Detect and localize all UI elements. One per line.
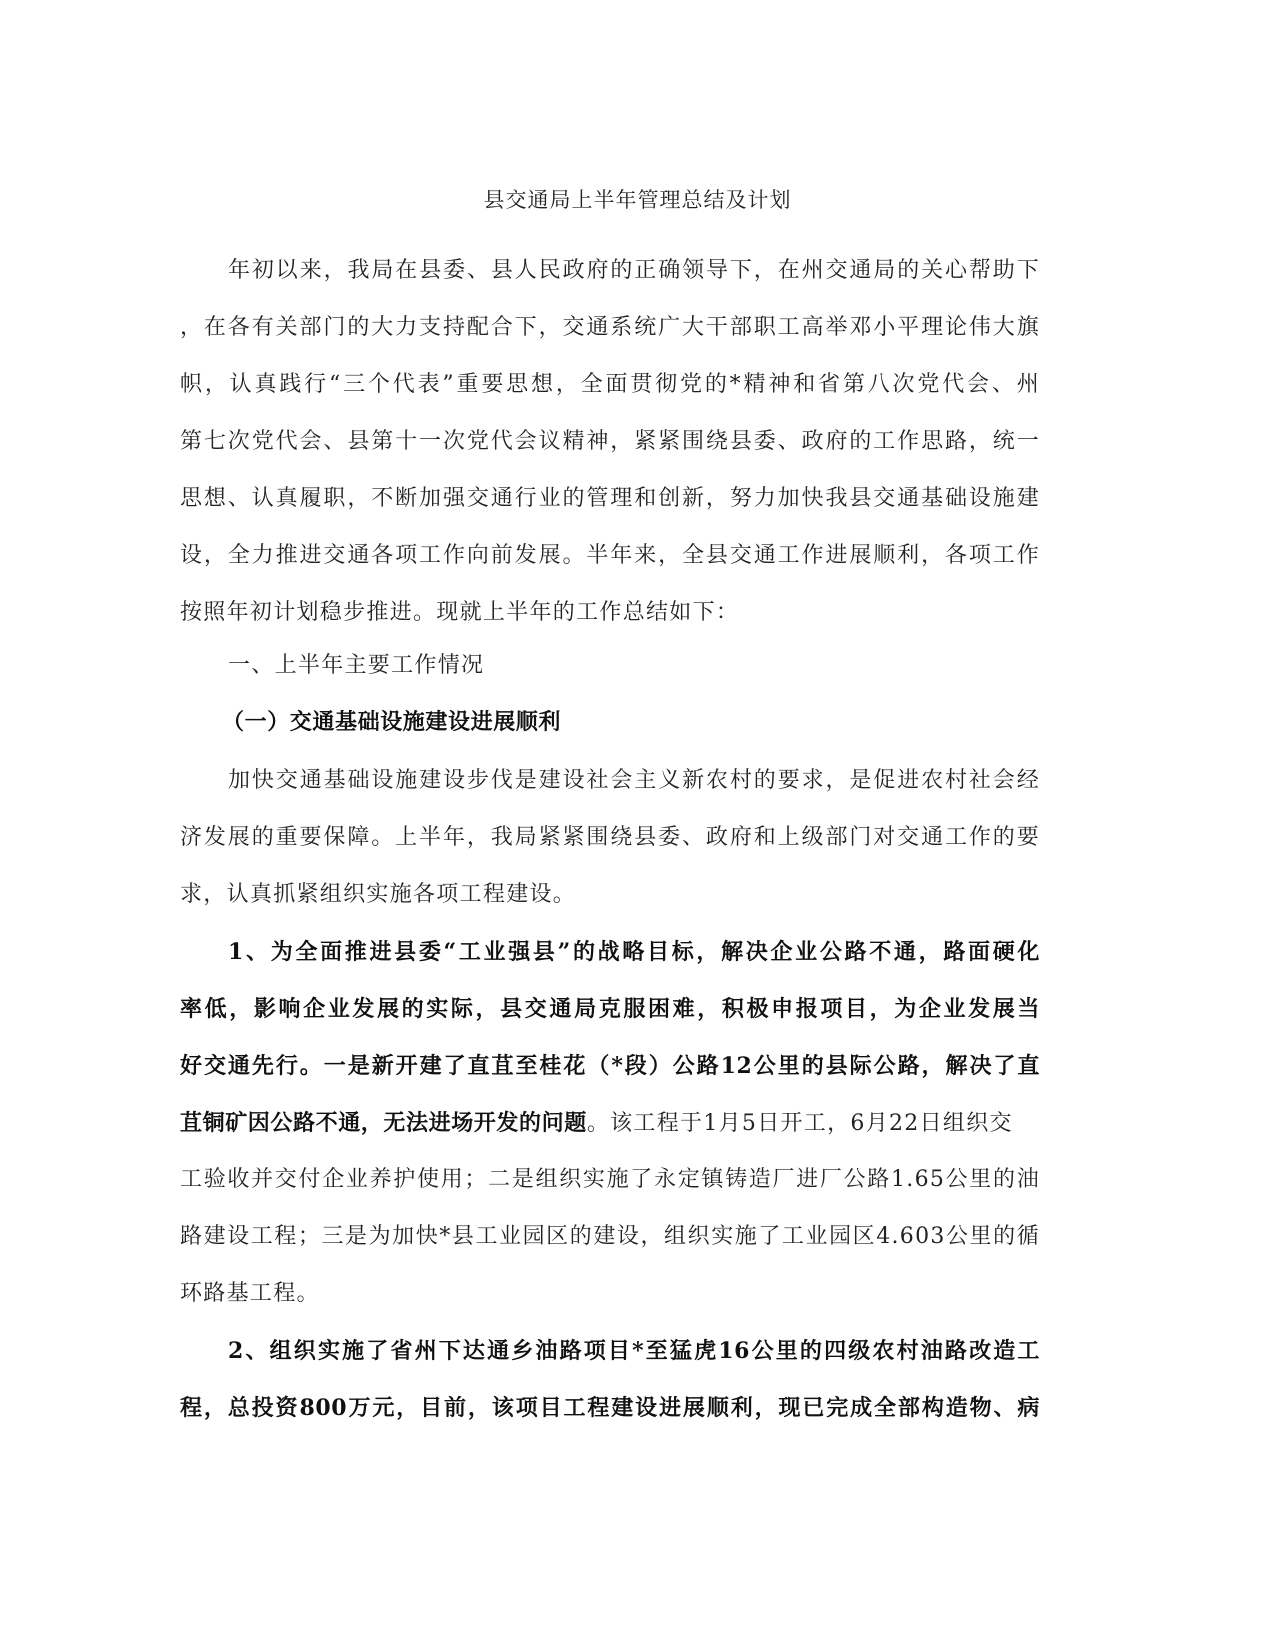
item1-mixed-normal: 。该工程于1月5日开工，6月22日组织交 xyxy=(587,1111,1013,1136)
intro-line-4: 第七次党代会、县第十一次党代会议精神，紧紧围绕县委、政府的工作思路，统一 xyxy=(180,427,1040,457)
item2-bold-line-2: 程，总投资800万元，目前，该项目工程建设进展顺利，现已完成全部构造物、病 xyxy=(180,1393,1040,1423)
item1-bold-line-2: 率低，影响企业发展的实际，县交通局克服困难，积极申报项目，为企业发展当 xyxy=(180,994,1040,1024)
document-page: 县交通局上半年管理总结及计划 年初以来，我局在县委、县人民政府的正确领导下，在州… xyxy=(0,0,1275,1650)
subsection-heading-1: （一）交通基础设施建设进展顺利 xyxy=(222,707,1082,737)
intro-line-3: 帜，认真践行“三个代表”重要思想，全面贯彻党的*精神和省第八次党代会、州 xyxy=(180,370,1040,400)
subsection-para-line-3: 求，认真抓紧组织实施各项工程建设。 xyxy=(180,880,1040,910)
document-title: 县交通局上半年管理总结及计划 xyxy=(0,184,1275,214)
item1-normal-line-2: 路建设工程；三是为加快*县工业园区的建设，组织实施了工业园区4.603公里的循 xyxy=(180,1222,1040,1252)
subsection-para-line-1: 加快交通基础设施建设步伐是建设社会主义新农村的要求，是促进农村社会经 xyxy=(228,766,1040,796)
intro-line-5: 思想、认真履职，不断加强交通行业的管理和创新，努力加快我县交通基础设施建 xyxy=(180,484,1040,514)
subsection-para-line-2: 济发展的重要保障。上半年，我局紧紧围绕县委、政府和上级部门对交通工作的要 xyxy=(180,823,1040,853)
intro-line-7: 按照年初计划稳步推进。现就上半年的工作总结如下： xyxy=(180,598,1040,628)
section-heading-1: 一、上半年主要工作情况 xyxy=(228,651,1040,681)
item1-mixed-line: 苴铜矿因公路不通，无法进场开发的问题。该工程于1月5日开工，6月22日组织交 xyxy=(180,1108,1040,1139)
intro-line-1: 年初以来，我局在县委、县人民政府的正确领导下，在州交通局的关心帮助下 xyxy=(228,256,1040,286)
item1-normal-line-3: 环路基工程。 xyxy=(180,1279,1040,1309)
intro-line-2: ，在各有关部门的大力支持配合下，交通系统广大干部职工高举邓小平理论伟大旗 xyxy=(180,313,1040,343)
item1-mixed-bold: 苴铜矿因公路不通，无法进场开发的问题 xyxy=(180,1110,587,1136)
item1-normal-line-1: 工验收并交付企业养护使用；二是组织实施了永定镇铸造厂进厂公路1.65公里的油 xyxy=(180,1165,1040,1195)
intro-line-6: 设，全力推进交通各项工作向前发展。半年来，全县交通工作进展顺利，各项工作 xyxy=(180,541,1040,571)
item2-bold-line-1: 2、组织实施了省州下达通乡油路项目*至猛虎16公里的四级农村油路改造工 xyxy=(228,1336,1040,1366)
item1-bold-line-1: 1、为全面推进县委“工业强县”的战略目标，解决企业公路不通，路面硬化 xyxy=(228,937,1040,967)
item1-bold-line-3: 好交通先行。一是新开建了直苴至桂花（*段）公路12公里的县际公路，解决了直 xyxy=(180,1051,1040,1081)
